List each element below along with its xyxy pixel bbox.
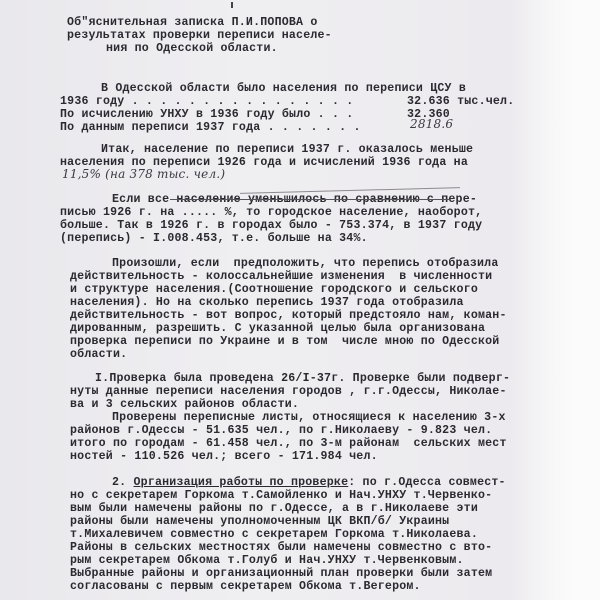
section2-line-1: 2. Организация работы по проверке: по г.… (112, 476, 506, 489)
typewritten-document: Об"яснительная записка П.И.ПОПОВА о резу… (0, 0, 600, 600)
para-esli-line-4: (перепись) - I.008.453, т.е. больше на 3… (60, 232, 368, 245)
section1-line-2: нуты данные переписи населения городов ,… (70, 385, 507, 398)
title-line-2: результатах проверки переписи населе- (67, 29, 332, 42)
section2-line-4: районы были намечены уполномоченным ЦК В… (70, 515, 449, 528)
section2-line-6: Районы в сельских местностях были намече… (70, 541, 492, 554)
para-proizoshli-line-3: и структуре населения.(Соотношение город… (70, 283, 478, 296)
intro-row3-label: По данным переписи 1937 года . . . . . .… (60, 121, 361, 134)
section1-line-1: I.Проверка была проведена 26/I-37г. Пров… (95, 372, 510, 385)
para-itak-line-1: Итак, население по переписи 1937 г. оказ… (101, 143, 473, 156)
section2-heading: Организация работы по проверке (134, 476, 349, 489)
title-line-1: Об"яснительная записка П.И.ПОПОВА о (67, 16, 318, 29)
intro-row1-label: 1936 году . . . . . . . . . . . . . . . … (60, 95, 353, 108)
section2-number: 2. (112, 476, 126, 489)
section2-line-8: Выбранные районы и организационный план … (70, 567, 492, 580)
section1-line-5: районов г.Одессы - 51.635 чел., по г.Ник… (70, 424, 492, 437)
section1-line-4: Проверены переписные листы, относящиеся … (112, 411, 506, 424)
para-proizoshli-line-7: проверка переписи по Украине и в том чис… (70, 335, 499, 348)
strikethrough-line (170, 199, 450, 200)
section2-line-2: но с секретарем Горкома т.Самойленко и Н… (70, 489, 492, 502)
section2-line-3: вым были намечены районы по г.Одессе, а … (70, 502, 478, 515)
handwritten-note: 11,5% (на 378 тыс. чел.) (62, 168, 225, 181)
para-esli-line-2: писью 1926 г. на ..... %, то городское н… (60, 206, 482, 219)
intro-row2-label: По исчислению УНХУ в 1936 году было . . … (60, 108, 353, 121)
punch-mark (231, 2, 233, 8)
section1-line-7: ностей - 110.526 чел.; всего - 171.984 ч… (70, 450, 378, 463)
section2-line-5: т.Михалевичем совместно с секретарем Гор… (70, 528, 478, 541)
para-proizoshli-line-6: дированным, разрешить. С указанной целью… (70, 322, 485, 335)
para-esli-line-3: больше. Так в 1926 г. в городах было - 7… (60, 219, 482, 232)
handwritten-1937-value: 2818.6 (410, 118, 453, 131)
section2-line-7: рым секретарем Обкома т.Голуб и Нач.УНХУ… (70, 554, 464, 567)
para-proizoshli-line-5: действительность - вот вопрос, который п… (70, 309, 507, 322)
para-proizoshli-line-1: Произошли, если предположить, что перепи… (112, 257, 499, 270)
para-proizoshli-line-8: области. (70, 348, 127, 361)
section1-line-6: итого по городам - 61.458 чел., по 3-м р… (70, 437, 507, 450)
intro-line: В Одесской области было населения по пер… (101, 82, 466, 95)
section2-line-9: согласованы с первым секретарем Обкома т… (70, 580, 421, 593)
title-line-3: ния по Одесской области. (106, 42, 278, 55)
section2-first-line-rest: : по г.Одесса совмест- (348, 476, 505, 489)
para-proizoshli-line-4: населения). Но на сколько перепись 1937 … (70, 296, 464, 309)
para-proizoshli-line-2: действительность - колоссальнейшие измен… (70, 270, 492, 283)
section1-line-3: ва и 3 сельских районов области. (70, 398, 299, 411)
intro-row1-value: 32.636 тыс.чел. (407, 95, 514, 108)
